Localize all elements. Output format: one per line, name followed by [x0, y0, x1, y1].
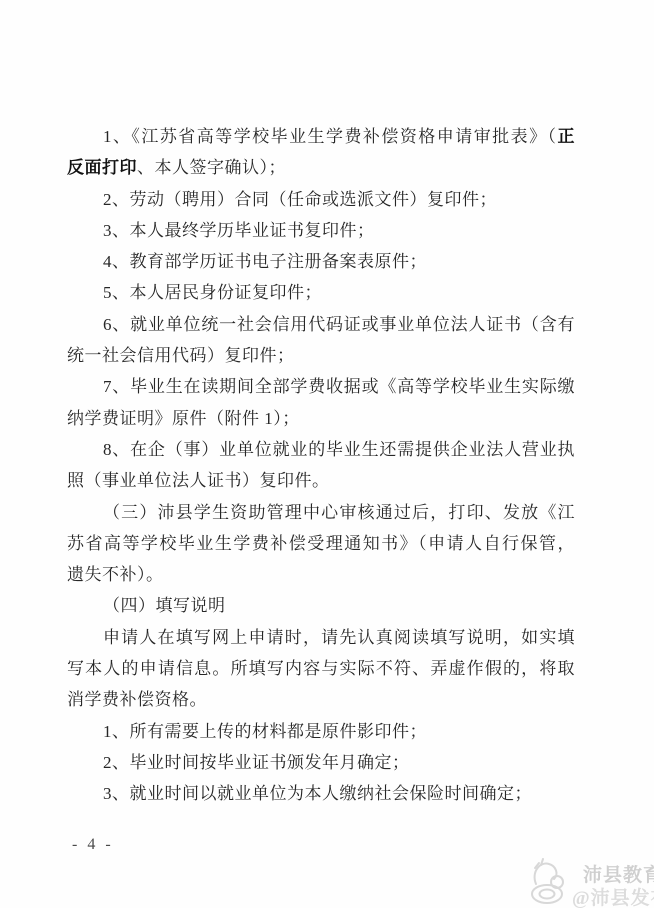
text-segment: 1、《江苏省高等学校毕业生学费补偿资格申请审批表》（ — [103, 127, 558, 146]
document-line: 2、劳动（聘用）合同（任命或选派文件）复印件； — [67, 184, 575, 215]
document-line: 3、就业时间以就业单位为本人缴纳社会保险时间确定； — [67, 778, 575, 809]
document-line: 申请人在填写网上申请时，请先认真阅读填写说明，如实填 — [67, 622, 575, 653]
document-line: 苏省高等学校毕业生学费补偿受理通知书》（申请人自行保管， — [67, 528, 575, 559]
bold-text-segment: 反面打印 — [67, 158, 137, 177]
text-segment: （四）填写说明 — [103, 596, 226, 615]
text-segment: 7、毕业生在读期间全部学费收据或《高等学校毕业生实际缴 — [103, 377, 575, 396]
text-segment: （三）沛县学生资助管理中心审核通过后，打印、发放《江 — [103, 503, 575, 522]
document-line: 1、《江苏省高等学校毕业生学费补偿资格申请审批表》（正 — [67, 121, 575, 152]
document-page: 1、《江苏省高等学校毕业生学费补偿资格申请审批表》（正反面打印、本人签字确认）；… — [0, 0, 654, 908]
document-line: 7、毕业生在读期间全部学费收据或《高等学校毕业生实际缴 — [67, 371, 575, 402]
document-line: 统一社会信用代码）复印件； — [67, 340, 575, 371]
text-segment: 3、本人最终学历毕业证书复印件； — [103, 221, 375, 240]
document-line: 反面打印、本人签字确认）； — [67, 152, 575, 183]
text-segment: 照（事业单位法人证书）复印件。 — [67, 471, 330, 490]
text-segment: 4、教育部学历证书电子注册备案表原件； — [103, 252, 427, 271]
text-segment: 2、毕业时间按毕业证书颁发年月确定； — [103, 753, 410, 772]
text-segment: 5、本人居民身份证复印件； — [103, 283, 322, 302]
text-segment: 、本人签字确认）； — [137, 158, 286, 177]
document-line: （三）沛县学生资助管理中心审核通过后，打印、发放《江 — [67, 497, 575, 528]
document-line: 8、在企（事）业单位就业的毕业生还需提供企业法人营业执 — [67, 434, 575, 465]
document-line: 照（事业单位法人证书）复印件。 — [67, 465, 575, 496]
document-line: 6、就业单位统一社会信用代码证或事业单位法人证书（含有 — [67, 309, 575, 340]
mascot-watermark-icon — [526, 856, 576, 908]
page-number: - 4 - — [72, 836, 114, 854]
document-line: （四）填写说明 — [67, 590, 575, 621]
document-line: 3、本人最终学历毕业证书复印件； — [67, 215, 575, 246]
text-segment: 2、劳动（聘用）合同（任命或选派文件）复印件； — [103, 190, 497, 209]
watermark: 沛县教育 @沛县发布 — [526, 854, 654, 908]
text-segment: 写本人的申请信息。所填写内容与实际不符、弄虚作假的，将取 — [67, 659, 575, 678]
text-segment: 8、在企（事）业单位就业的毕业生还需提供企业法人营业执 — [103, 440, 575, 459]
text-segment: 苏省高等学校毕业生学费补偿受理通知书》（申请人自行保管， — [67, 534, 575, 553]
text-segment: 3、就业时间以就业单位为本人缴纳社会保险时间确定； — [103, 784, 532, 803]
document-line: 遗失不补）。 — [67, 559, 575, 590]
document-line: 1、所有需要上传的材料都是原件影印件； — [67, 716, 575, 747]
text-segment: 申请人在填写网上申请时，请先认真阅读填写说明，如实填 — [103, 628, 575, 647]
document-body: 1、《江苏省高等学校毕业生学费补偿资格申请审批表》（正反面打印、本人签字确认）；… — [67, 121, 575, 810]
watermark-handle: @沛县发布 — [572, 883, 654, 908]
text-segment: 消学费补偿资格。 — [67, 690, 207, 709]
bold-text-segment: 正 — [558, 127, 576, 146]
text-segment: 纳学费证明》原件（附件 1）； — [67, 409, 300, 428]
document-line: 纳学费证明》原件（附件 1）； — [67, 403, 575, 434]
document-line: 4、教育部学历证书电子注册备案表原件； — [67, 246, 575, 277]
text-segment: 遗失不补）。 — [67, 565, 164, 584]
document-line: 写本人的申请信息。所填写内容与实际不符、弄虚作假的，将取 — [67, 653, 575, 684]
document-line: 5、本人居民身份证复印件； — [67, 277, 575, 308]
document-line: 2、毕业时间按毕业证书颁发年月确定； — [67, 747, 575, 778]
text-segment: 6、就业单位统一社会信用代码证或事业单位法人证书（含有 — [103, 315, 575, 334]
text-segment: 统一社会信用代码）复印件； — [67, 346, 295, 365]
text-segment: 1、所有需要上传的材料都是原件影印件； — [103, 722, 427, 741]
document-line: 消学费补偿资格。 — [67, 684, 575, 715]
